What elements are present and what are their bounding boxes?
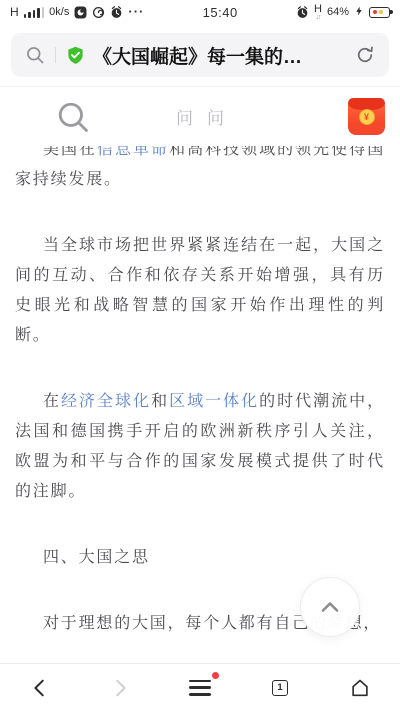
article-paragraph: 在经济全球化和区域一体化的时代潮流中，法国和德国携手开启的欧洲新秩序引人关注，欧… bbox=[15, 387, 385, 507]
article-text: 当全球市场把世界紧紧连结在一起，大国之间的互动、合作和依存关系开始增强，具有历史… bbox=[15, 237, 385, 344]
back-button[interactable] bbox=[18, 666, 62, 710]
menu-button[interactable] bbox=[178, 666, 222, 710]
battery-percent-label: 64% bbox=[327, 6, 349, 18]
hspa-indicator: H ↓↑ bbox=[314, 4, 322, 21]
network-type-label: H bbox=[10, 5, 19, 19]
article-text: 在 bbox=[43, 393, 61, 410]
battery-icon bbox=[369, 7, 390, 18]
clock-label: 15:40 bbox=[203, 5, 238, 20]
chevron-left-icon bbox=[29, 677, 51, 699]
notification-spiral-icon bbox=[92, 6, 105, 19]
chevron-up-icon bbox=[315, 592, 345, 622]
address-pill[interactable]: 《大国崛起》每一集的… bbox=[11, 33, 389, 77]
page-title[interactable]: 《大国崛起》每一集的… bbox=[93, 42, 355, 69]
more-notifications-icon: ··· bbox=[128, 7, 144, 17]
coin-icon: ¥ bbox=[359, 109, 375, 125]
tab-count-badge: 1 bbox=[272, 680, 288, 696]
article-text: 和 bbox=[151, 393, 169, 410]
status-left: H 0k/s ··· bbox=[10, 5, 144, 19]
article-link[interactable]: 信息革命 bbox=[97, 146, 169, 158]
home-icon bbox=[349, 677, 371, 699]
bottom-nav: 1 bbox=[0, 663, 400, 711]
alarm-clock-icon bbox=[110, 6, 123, 19]
article-text: 美国在 bbox=[43, 146, 97, 158]
back-to-top-button[interactable] bbox=[300, 577, 360, 637]
article-text: 四、大国之思 bbox=[43, 549, 150, 566]
alarm-clock-icon bbox=[296, 6, 309, 19]
notification-app-icon bbox=[74, 6, 87, 19]
notification-dot bbox=[212, 672, 219, 679]
status-right: H ↓↑ 64% bbox=[296, 4, 390, 21]
chevron-right-icon bbox=[109, 677, 131, 699]
status-bar: H 0k/s ··· 15:40 H ↓↑ 64% bbox=[0, 0, 400, 24]
signal-bars-icon bbox=[24, 6, 45, 18]
hamburger-icon bbox=[189, 680, 211, 696]
article-link[interactable]: 区域一体化 bbox=[169, 393, 259, 410]
site-search-bar[interactable]: 问问 ¥ bbox=[0, 86, 400, 146]
search-icon bbox=[25, 45, 45, 65]
divider bbox=[55, 47, 56, 63]
article-paragraph: 当全球市场把世界紧紧连结在一起，大国之间的互动、合作和依存关系开始增强，具有历史… bbox=[15, 231, 385, 351]
tabs-button[interactable]: 1 bbox=[258, 666, 302, 710]
forward-button[interactable] bbox=[98, 666, 142, 710]
charging-bolt-icon bbox=[354, 6, 364, 19]
red-envelope-icon[interactable]: ¥ bbox=[348, 98, 385, 135]
security-shield-icon bbox=[66, 46, 85, 65]
refresh-icon[interactable] bbox=[355, 45, 375, 65]
address-bar: 《大国崛起》每一集的… bbox=[0, 24, 400, 86]
article-heading: 四、大国之思 bbox=[15, 543, 385, 573]
search-placeholder[interactable]: 问问 bbox=[0, 87, 400, 146]
home-button[interactable] bbox=[338, 666, 382, 710]
network-speed-label: 0k/s bbox=[49, 6, 69, 18]
article-link[interactable]: 经济全球化 bbox=[61, 393, 151, 410]
article-paragraph: 美国在信息革命和高科技领域的领先使得国家持续发展。 bbox=[15, 146, 385, 195]
